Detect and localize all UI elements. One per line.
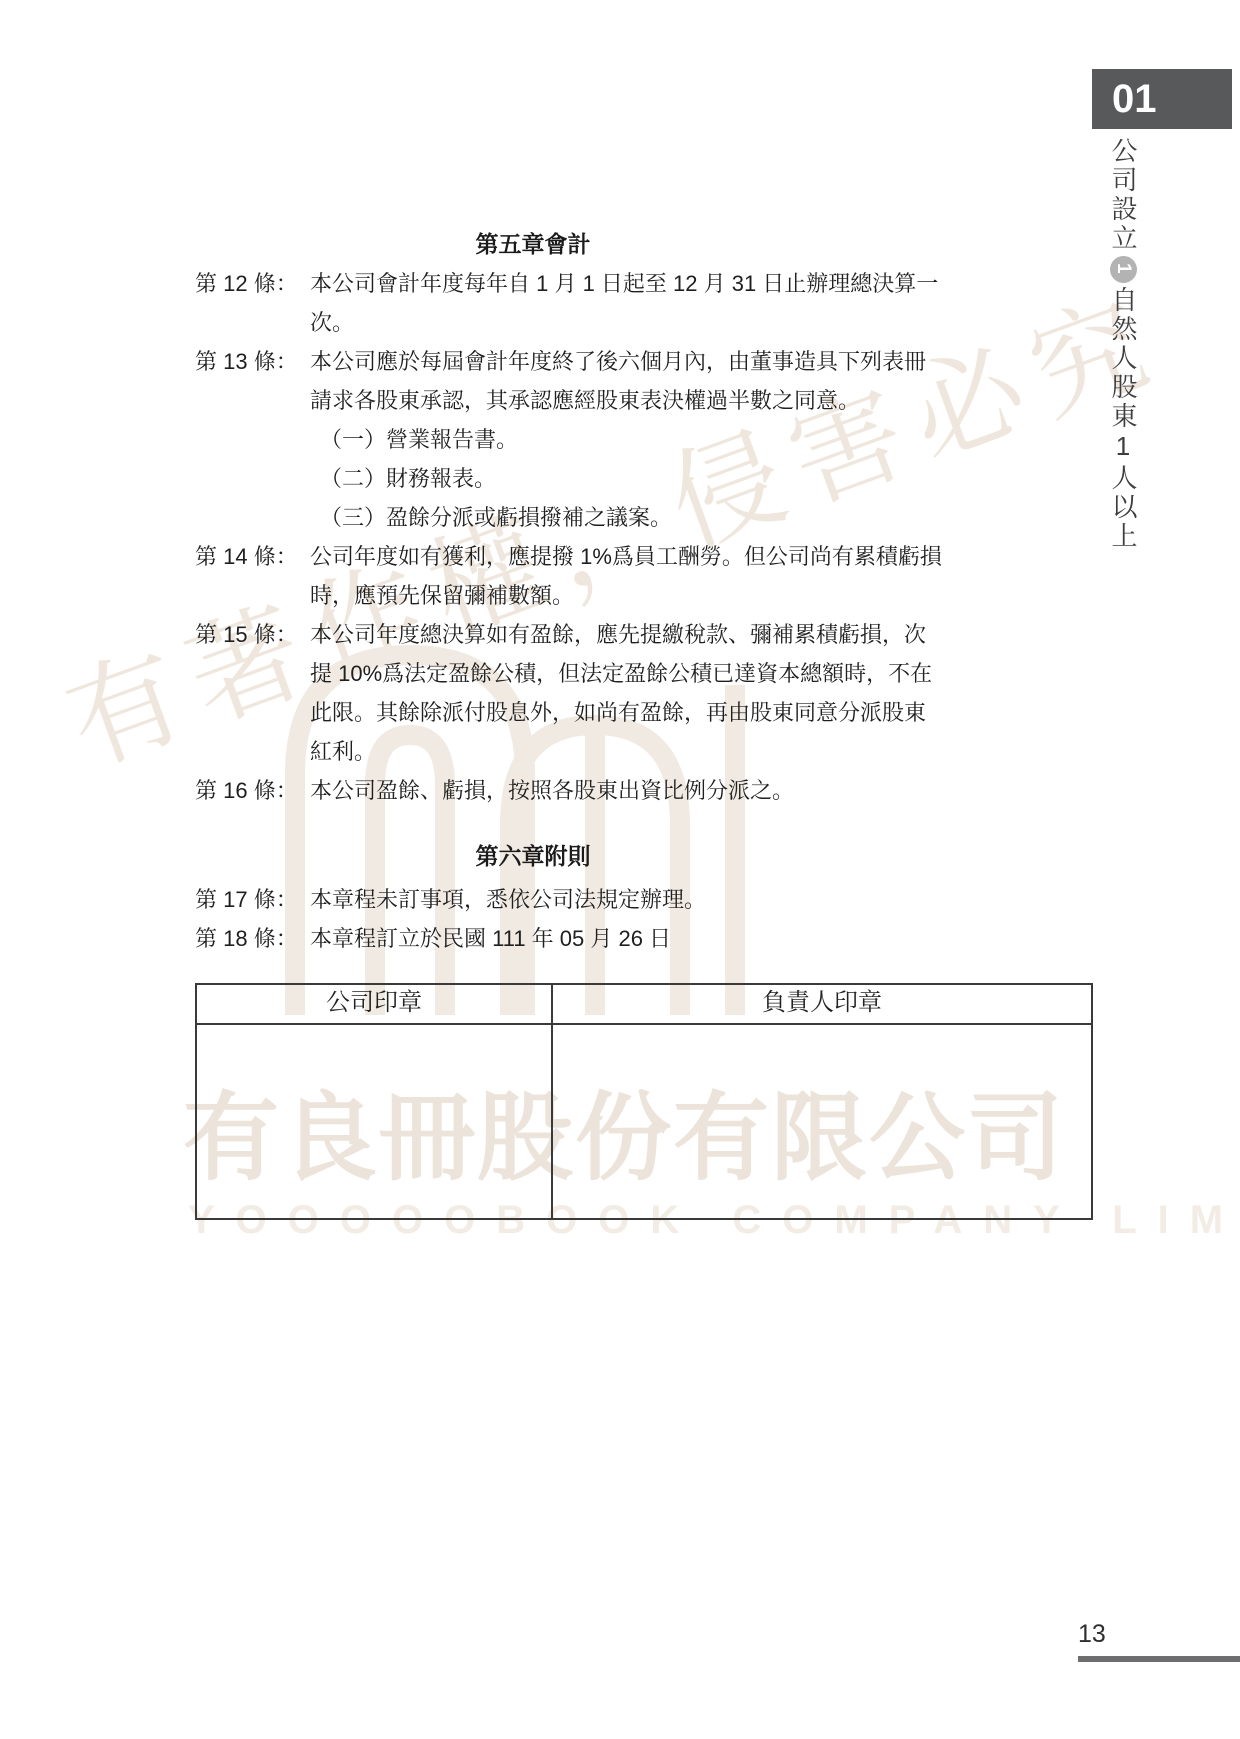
article-15-line: 此限。其餘除派付股息外，如尚有盈餘，再由股東同意分派股東 — [310, 693, 940, 732]
chapter-5-title: 第五章會計 — [195, 225, 871, 264]
footer-bar — [1078, 1656, 1240, 1662]
article-15-line: 紅利。 — [310, 732, 940, 771]
seal-table-body-row — [197, 1025, 1091, 1218]
article-14-number: 第 14 條： — [195, 537, 310, 576]
article-16-line: 本公司盈餘、虧損，按照各股東出資比例分派之。 — [310, 771, 940, 810]
article-13-line: 本公司應於每屆會計年度終了後六個月內，由董事造具下列表冊 — [310, 342, 940, 381]
section-number-badge: 1 — [1110, 256, 1137, 283]
seal-table: 公司印章 負責人印章 — [195, 983, 1093, 1220]
article-14: 第 14 條： 公司年度如有獲利，應提撥 1%爲員工酬勞。但公司尚有累積虧損 時… — [195, 537, 940, 615]
responsible-person-seal-header: 負責人印章 — [553, 985, 1091, 1023]
article-14-line: 公司年度如有獲利，應提撥 1%爲員工酬勞。但公司尚有累積虧損 — [310, 537, 942, 576]
article-14-line: 時，應預先保留彌補數額。 — [310, 576, 942, 615]
chapter-side-label: 公司設立1自然人股東1人以上 — [1105, 137, 1142, 597]
article-16: 第 16 條： 本公司盈餘、虧損，按照各股東出資比例分派之。 — [195, 771, 940, 810]
article-12: 第 12 條： 本公司會計年度每年自 1 月 1 日起至 12 月 31 日止辦… — [195, 264, 940, 342]
chapter-tab: 01 — [1092, 69, 1232, 129]
article-15: 第 15 條： 本公司年度總決算如有盈餘，應先提繳稅款、彌補累積虧損，次 提 1… — [195, 615, 940, 771]
article-12-line: 本公司會計年度每年自 1 月 1 日起至 12 月 31 日止辦理總決算一 — [310, 264, 940, 303]
article-16-number: 第 16 條： — [195, 771, 310, 810]
seal-table-header-row: 公司印章 負責人印章 — [197, 985, 1091, 1025]
article-15-number: 第 15 條： — [195, 615, 310, 654]
chapter-side-label-bottom: 自然人股東1人以上 — [1108, 286, 1138, 551]
article-13-subitem: （三）盈餘分派或虧損撥補之議案。 — [310, 498, 940, 537]
responsible-person-seal-cell — [553, 1025, 1091, 1218]
article-17-line: 本章程未訂事項，悉依公司法規定辦理。 — [310, 880, 940, 919]
article-18: 第 18 條： 本章程訂立於民國 111 年 05 月 26 日 — [195, 919, 940, 958]
company-seal-header: 公司印章 — [197, 985, 553, 1023]
article-13: 第 13 條： 本公司應於每屆會計年度終了後六個月內，由董事造具下列表冊 請求各… — [195, 342, 940, 537]
article-17-number: 第 17 條： — [195, 880, 310, 919]
article-12-number: 第 12 條： — [195, 264, 310, 303]
article-18-number: 第 18 條： — [195, 919, 310, 958]
page-number: 13 — [1078, 1620, 1106, 1649]
article-18-line: 本章程訂立於民國 111 年 05 月 26 日 — [310, 919, 940, 958]
article-12-line: 次。 — [310, 303, 940, 342]
article-13-number: 第 13 條： — [195, 342, 310, 381]
document-page: 有著作權，侵害必究 有良冊股份有限公司 YOOOOOBOOK COMPANY L… — [0, 0, 1240, 1739]
article-15-line: 提 10%爲法定盈餘公積，但法定盈餘公積已達資本總額時，不在 — [310, 654, 940, 693]
article-13-subitem: （一）營業報告書。 — [310, 420, 940, 459]
article-17: 第 17 條： 本章程未訂事項，悉依公司法規定辦理。 — [195, 880, 940, 919]
chapter-6-title: 第六章附則 — [195, 837, 871, 876]
article-13-subitem: （二）財務報表。 — [310, 459, 940, 498]
company-seal-cell — [197, 1025, 553, 1218]
article-15-line: 本公司年度總決算如有盈餘，應先提繳稅款、彌補累積虧損，次 — [310, 615, 940, 654]
chapter-side-label-top: 公司設立 — [1108, 137, 1138, 253]
document-body: 第五章會計 第 12 條： 本公司會計年度每年自 1 月 1 日起至 12 月 … — [195, 225, 940, 958]
article-13-line: 請求各股東承認，其承認應經股東表決權過半數之同意。 — [310, 381, 940, 420]
